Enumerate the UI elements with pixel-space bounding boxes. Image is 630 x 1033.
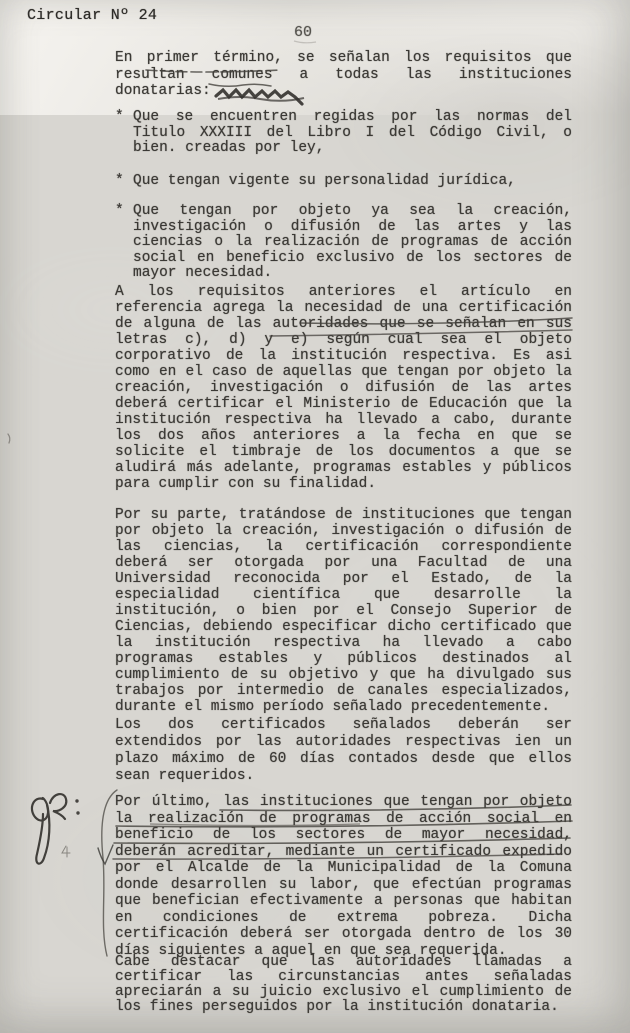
document-header: Circular Nº 24 [27,7,157,24]
margin-colon-dot-top [75,799,78,802]
bullet-text: Que se encuentren regidas por las normas… [133,110,572,157]
pagenumber-smudge [294,41,316,43]
bullet-item-legal-personality: * Que tengan vigente su personalidad jur… [115,174,572,190]
bullet-text: Que tengan vigente su personalidad juríd… [133,174,572,190]
paragraph-social-programs: Por último, las instituciones que tengan… [115,794,572,959]
margin-colon-dot-bottom [76,811,79,814]
paragraph-sciences: Por su parte, tratándose de institucione… [115,507,572,715]
paragraph-closing: Cabe destacar que las autoridades llamad… [115,955,572,1015]
bullet-text: Que tengan por objeto ya sea la creación… [133,204,572,282]
tiny-margin-numeral [62,846,70,857]
bullet-item-legal-basis: * Que se encuentren regidas por las norm… [115,110,572,157]
bullet-marker: * [115,204,133,282]
bullet-marker: * [115,110,133,157]
paragraph-certification: A los requisitos anteriores el artículo … [115,284,572,492]
paragraph-deadline: Los dos certificados señalados deberán s… [115,717,572,785]
paragraph-intro: En primer término, se señalan los requis… [115,50,572,100]
bullet-item-purpose: * Que tengan por objeto ya sea la creaci… [115,204,572,282]
left-edge-speck [8,434,10,443]
bullet-marker: * [115,174,133,190]
check-mark [98,845,113,864]
page-number: 60 [294,24,312,41]
handwritten-margin-note [32,794,66,864]
scanned-document-page: Circular Nº 24 60 En primer término, se … [0,0,630,1033]
